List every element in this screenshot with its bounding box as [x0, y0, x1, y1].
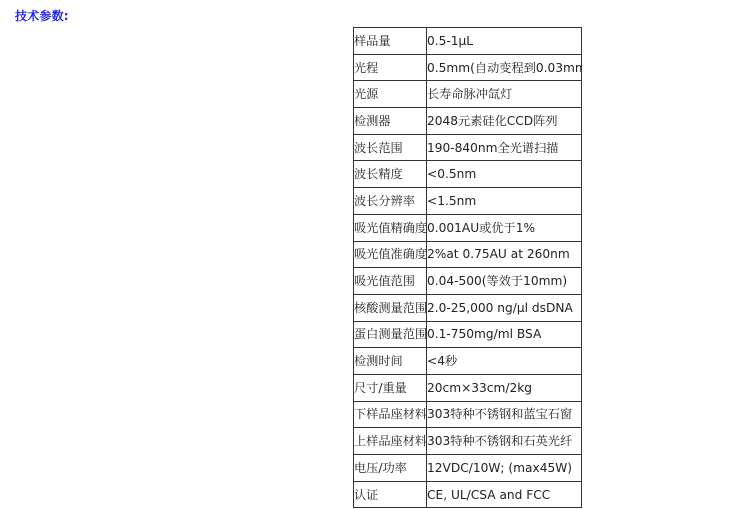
- spec-key: 认证: [354, 481, 427, 508]
- spec-key: 波长精度: [354, 161, 427, 188]
- spec-key: 样品量: [354, 28, 427, 55]
- spec-value: 190-840nm全光谱扫描: [427, 134, 582, 161]
- spec-value: 0.5mm(自动变程到0.03mm): [427, 54, 582, 81]
- spec-key: 下样品座材料: [354, 401, 427, 428]
- spec-value: <4秒: [427, 348, 582, 375]
- spec-key: 光程: [354, 54, 427, 81]
- table-row: 光程0.5mm(自动变程到0.03mm): [354, 54, 582, 81]
- spec-key: 尺寸/重量: [354, 374, 427, 401]
- spec-value: 2%at 0.75AU at 260nm: [427, 241, 582, 268]
- spec-value: CE, UL/CSA and FCC: [427, 481, 582, 508]
- section-heading: 技术参数:: [15, 7, 69, 24]
- spec-value: 0.1-750mg/ml BSA: [427, 321, 582, 348]
- spec-key: 吸光值范围: [354, 268, 427, 295]
- table-row: 下样品座材料303特种不锈钢和蓝宝石窗: [354, 401, 582, 428]
- spec-key: 光源: [354, 81, 427, 108]
- spec-key: 波长范围: [354, 134, 427, 161]
- table-row: 蛋白测量范围0.1-750mg/ml BSA: [354, 321, 582, 348]
- table-row: 吸光值准确度2%at 0.75AU at 260nm: [354, 241, 582, 268]
- spec-value: 2.0-25,000 ng/μl dsDNA: [427, 294, 582, 321]
- spec-key: 吸光值精确度: [354, 214, 427, 241]
- spec-value: 303特种不锈钢和蓝宝石窗: [427, 401, 582, 428]
- spec-table: 样品量0.5-1μL 光程0.5mm(自动变程到0.03mm) 光源长寿命脉冲氙…: [353, 27, 582, 508]
- table-row: 检测时间<4秒: [354, 348, 582, 375]
- spec-value: 2048元素硅化CCD阵列: [427, 108, 582, 135]
- spec-key: 检测时间: [354, 348, 427, 375]
- table-row: 认证CE, UL/CSA and FCC: [354, 481, 582, 508]
- table-row: 上样品座材料303特种不锈钢和石英光纤: [354, 428, 582, 455]
- table-row: 吸光值范围0.04-500(等效于10mm): [354, 268, 582, 295]
- table-row: 核酸测量范围2.0-25,000 ng/μl dsDNA: [354, 294, 582, 321]
- spec-key: 上样品座材料: [354, 428, 427, 455]
- spec-key: 吸光值准确度: [354, 241, 427, 268]
- table-row: 尺寸/重量20cm×33cm/2kg: [354, 374, 582, 401]
- table-row: 吸光值精确度0.001AU或优于1%: [354, 214, 582, 241]
- spec-value: <0.5nm: [427, 161, 582, 188]
- spec-key: 波长分辨率: [354, 188, 427, 215]
- spec-value: 0.5-1μL: [427, 28, 582, 55]
- spec-value: 303特种不锈钢和石英光纤: [427, 428, 582, 455]
- table-row: 样品量0.5-1μL: [354, 28, 582, 55]
- spec-key: 电压/功率: [354, 455, 427, 482]
- table-row: 检测器2048元素硅化CCD阵列: [354, 108, 582, 135]
- spec-value: 12VDC/10W; (max45W): [427, 455, 582, 482]
- table-row: 波长分辨率<1.5nm: [354, 188, 582, 215]
- spec-key: 检测器: [354, 108, 427, 135]
- table-row: 电压/功率12VDC/10W; (max45W): [354, 455, 582, 482]
- spec-key: 核酸测量范围: [354, 294, 427, 321]
- spec-value: <1.5nm: [427, 188, 582, 215]
- spec-value: 0.001AU或优于1%: [427, 214, 582, 241]
- table-row: 波长精度<0.5nm: [354, 161, 582, 188]
- spec-value: 20cm×33cm/2kg: [427, 374, 582, 401]
- spec-key: 蛋白测量范围: [354, 321, 427, 348]
- table-row: 波长范围190-840nm全光谱扫描: [354, 134, 582, 161]
- spec-value: 长寿命脉冲氙灯: [427, 81, 582, 108]
- spec-value: 0.04-500(等效于10mm): [427, 268, 582, 295]
- table-row: 光源长寿命脉冲氙灯: [354, 81, 582, 108]
